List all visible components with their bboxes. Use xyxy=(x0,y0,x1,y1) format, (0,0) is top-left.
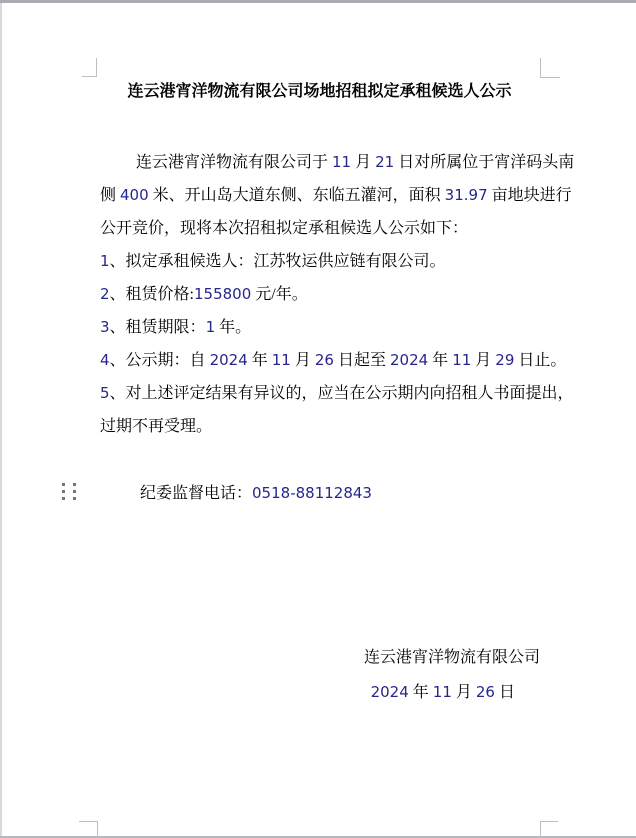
list-item-1[interactable]: 1、拟定承租候选人：江苏牧运供应链有限公司。 xyxy=(100,245,542,278)
drag-handle-dot xyxy=(73,490,76,493)
drag-handle-dot xyxy=(62,497,65,500)
body-line[interactable]: 公开竞价，现将本次招租拟定承租候选人公示如下： xyxy=(100,212,542,245)
margin-crop-mark-bottom-left xyxy=(97,821,98,838)
margin-crop-mark-top-left xyxy=(96,58,97,77)
drag-handle-dot xyxy=(62,490,65,493)
margin-crop-mark-bottom-right xyxy=(540,821,558,822)
margin-crop-mark-top-right xyxy=(540,77,560,78)
supervision-phone-line[interactable]: 纪委监督电话：0518-88112843 xyxy=(100,477,542,510)
margin-crop-mark-bottom-right xyxy=(540,821,541,838)
margin-crop-mark-top-left xyxy=(82,76,97,77)
drag-handle-dot xyxy=(73,483,76,486)
page-left-border xyxy=(0,3,2,836)
paragraph-drag-handle-icon[interactable] xyxy=(62,483,76,500)
list-item-3[interactable]: 3、租赁期限：1 年。 xyxy=(100,311,542,344)
drag-handle-dot xyxy=(62,483,65,486)
document-title[interactable]: 连云港宵洋物流有限公司场地招租拟定承租候选人公示 xyxy=(99,80,540,104)
signature-company[interactable]: 连云港宵洋物流有限公司 xyxy=(100,641,540,674)
list-item-2[interactable]: 2、租赁价格:155800 元/年。 xyxy=(100,278,542,311)
document-body: 连云港宵洋物流有限公司于 11 月 21 日对所属位于宵洋码头南 侧 400 米… xyxy=(100,146,542,443)
body-line[interactable]: 连云港宵洋物流有限公司于 11 月 21 日对所属位于宵洋码头南 xyxy=(100,146,542,179)
list-item-4[interactable]: 4、公示期：自 2024 年 11 月 26 日起至 2024 年 11 月 2… xyxy=(100,344,542,377)
body-line[interactable]: 侧 400 米、开山岛大道东侧、东临五灌河，面积 31.97 亩地块进行 xyxy=(100,179,542,212)
list-item-5-continued[interactable]: 过期不再受理。 xyxy=(100,410,542,443)
margin-crop-mark-bottom-left xyxy=(79,821,98,822)
canvas-top-edge xyxy=(0,0,636,3)
document-page: { "doc": { "title": "连云港宵洋物流有限公司场地招租拟定承租… xyxy=(0,0,636,838)
margin-crop-mark-top-right xyxy=(540,58,541,78)
signature-block: 连云港宵洋物流有限公司 2024 年 11 月 26 日 xyxy=(100,641,540,709)
list-item-5[interactable]: 5、对上述评定结果有异议的，应当在公示期内向招租人书面提出， xyxy=(100,377,542,410)
signature-date[interactable]: 2024 年 11 月 26 日 xyxy=(100,676,540,709)
drag-handle-dot xyxy=(73,497,76,500)
